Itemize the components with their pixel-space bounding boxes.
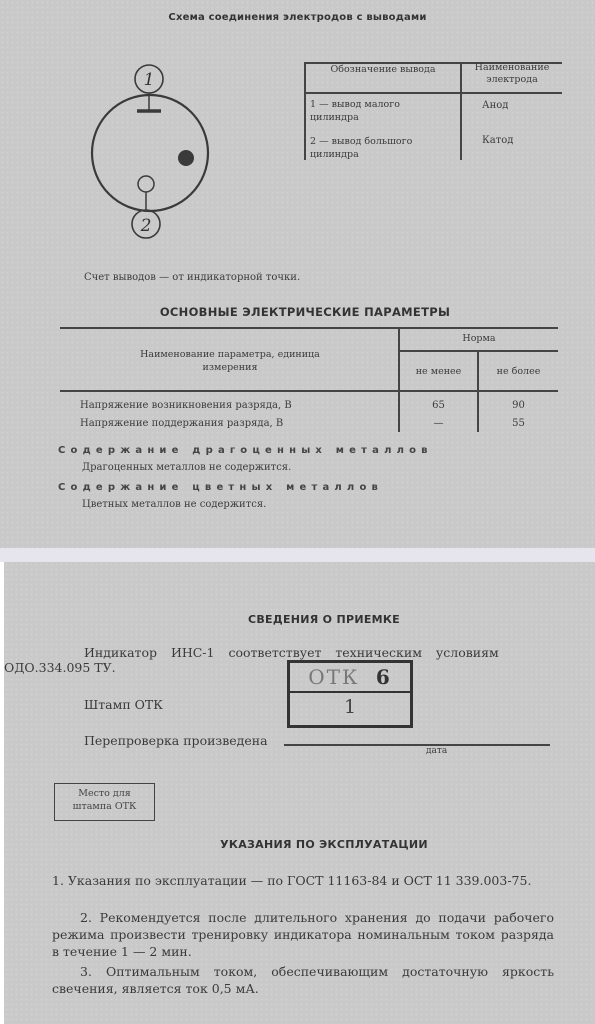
params-row-1-name: Напряжение возникновения разряда, В bbox=[80, 400, 292, 411]
instruction-3: 3. Оптимальным током, обеспечивающим дос… bbox=[52, 963, 554, 997]
params-row-2-max: 55 bbox=[479, 418, 558, 429]
pin-table-header-pin: Обозначение вывода bbox=[306, 64, 460, 76]
date-caption: дата bbox=[426, 746, 447, 756]
pin-row-1-electrode: Анод bbox=[482, 100, 508, 111]
params-header-min: не менее bbox=[400, 366, 477, 377]
recheck-label: Перепроверка произведена bbox=[84, 732, 268, 749]
indicator-dot-icon bbox=[178, 150, 194, 166]
acceptance-line-2: ОДО.334.095 ТУ. bbox=[4, 659, 116, 676]
nonferrous-metals-heading: Содержание цветных металлов bbox=[58, 482, 383, 493]
pin1-label: 1 bbox=[144, 70, 155, 90]
precious-metals-heading: Содержание драгоценных металлов bbox=[58, 445, 433, 456]
instruction-1: 1. Указания по эксплуатации — по ГОСТ 11… bbox=[52, 872, 554, 889]
pin-count-note: Счет выводов — от индикаторной точки. bbox=[84, 272, 300, 283]
params-title: ОСНОВНЫЕ ЭЛЕКТРИЧЕСКИЕ ПАРАМЕТРЫ bbox=[60, 305, 550, 319]
stamp-otk-text: ОТК bbox=[308, 665, 359, 689]
stamp-otk-number: 6 bbox=[376, 665, 392, 689]
pin-row-2-electrode: Катод bbox=[482, 135, 513, 146]
params-header-name: Наименование параметра, единица измерени… bbox=[120, 348, 340, 374]
pin-row-2-pin: 2 — вывод большого цилиндра bbox=[310, 135, 450, 161]
instruction-2: 2. Рекомендуется после длительного хране… bbox=[52, 909, 554, 960]
stamp-place-line-1: Место для bbox=[55, 787, 154, 800]
recheck-date-line bbox=[284, 744, 550, 746]
acceptance-line-1: Индикатор ИНС-1 соответствует технически… bbox=[84, 644, 552, 661]
instruction-1-text: 1. Указания по эксплуатации — по ГОСТ 11… bbox=[52, 872, 554, 889]
params-row-1-min: 65 bbox=[400, 400, 477, 411]
params-header-max: не более bbox=[479, 366, 558, 377]
electrode-connection-diagram: 1 2 bbox=[80, 60, 220, 240]
diagram-title: Схема соединения электродов с выводами bbox=[0, 12, 595, 23]
stamp-label: Штамп ОТК bbox=[84, 696, 163, 713]
stamp-place-line-2: штампа ОТК bbox=[55, 800, 154, 813]
params-header-norm: Норма bbox=[400, 333, 558, 344]
otk-stamp: ОТК 6 1 bbox=[287, 660, 413, 728]
pin-row-1-pin: 1 — вывод малого цилиндра bbox=[310, 98, 450, 124]
instruction-3-text: 3. Оптимальным током, обеспечивающим дос… bbox=[52, 963, 554, 997]
pin-table-header-electrode: Наименование электрода bbox=[462, 62, 562, 86]
page-separator bbox=[0, 548, 595, 562]
instruction-2-text: 2. Рекомендуется после длительного хране… bbox=[52, 909, 554, 960]
pin2-label: 2 bbox=[140, 216, 152, 236]
params-row-2-name: Напряжение поддержания разряда, В bbox=[80, 418, 283, 429]
params-row-2-min: — bbox=[400, 418, 477, 429]
acceptance-title: СВЕДЕНИЯ О ПРИЕМКЕ bbox=[84, 613, 564, 626]
precious-metals-text: Драгоценных металлов не содержится. bbox=[82, 462, 291, 473]
operation-title: УКАЗАНИЯ ПО ЭКСПЛУАТАЦИИ bbox=[84, 838, 564, 851]
stamp-bottom-number: 1 bbox=[290, 696, 410, 718]
nonferrous-metals-text: Цветных металлов не содержится. bbox=[82, 499, 266, 510]
document-page-2: СВЕДЕНИЯ О ПРИЕМКЕ Индикатор ИНС-1 соотв… bbox=[4, 562, 595, 1024]
stamp-place-box: Место для штампа ОТК bbox=[54, 783, 155, 821]
params-row-1-max: 90 bbox=[479, 400, 558, 411]
document-page-1: Схема соединения электродов с выводами 1… bbox=[0, 0, 595, 548]
